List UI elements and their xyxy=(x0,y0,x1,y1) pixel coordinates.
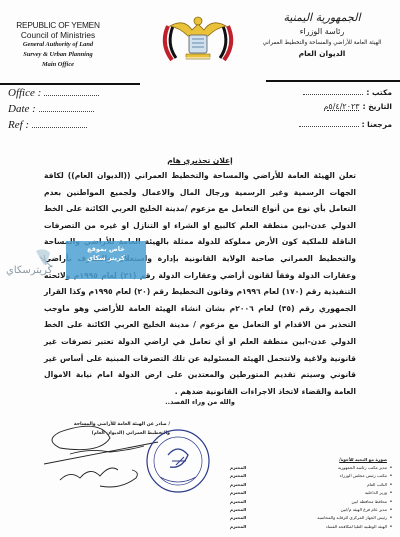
bullet-icon: • xyxy=(387,472,395,480)
watermark-line-2: كريتر سكاي xyxy=(66,254,146,263)
header-arabic-authority: الهيئة العامة للأراضي والمساحة والتخطيط … xyxy=(252,38,392,48)
header-arabic-council: رئاسة الوزراء xyxy=(252,26,392,38)
ref-label-arabic: مرجعنا : xyxy=(362,120,392,129)
header-country: REPUBLIC OF YEMEN xyxy=(8,20,108,30)
announcement-title: إعلان تحذيري هام xyxy=(0,148,400,167)
distribution-item: •رئيس الجهاز المركزي للرقابة والمحاسبةال… xyxy=(230,514,395,522)
office-blank-arabic xyxy=(303,86,363,95)
office-label-arabic: مكتب : xyxy=(366,88,392,97)
distribution-item: •النائب العامالمحترم xyxy=(230,481,395,489)
header-office: Main Office xyxy=(8,60,108,70)
office-blank xyxy=(44,87,99,96)
yemen-eagle-emblem-icon xyxy=(158,6,238,68)
header-rule-left xyxy=(0,83,140,85)
header-council: Council of Ministries xyxy=(8,30,108,40)
official-seal-stamp-icon xyxy=(140,425,210,497)
bullet-icon: • xyxy=(387,523,395,531)
ref-field: Ref : xyxy=(8,119,138,135)
date-field-arabic: التاريخ : ٥/٤/٢٠٢٣م xyxy=(262,102,392,118)
reference-fields-arabic: مكتب : التاريخ : ٥/٤/٢٠٢٣م مرجعنا : xyxy=(262,86,392,134)
header-authority: General Authority of Land xyxy=(8,40,108,50)
bullet-icon: • xyxy=(387,464,395,472)
date-label: Date : xyxy=(8,103,36,115)
closing-phrase: والله من وراء القصد.. xyxy=(0,398,400,406)
distribution-item: •وزير الداخليةالمحترم xyxy=(230,489,395,497)
ref-label: Ref : xyxy=(8,119,29,131)
office-field-arabic: مكتب : xyxy=(262,86,392,102)
watermark-text: خاص بموقع كريتر سكاي xyxy=(66,245,146,263)
distribution-item: •مدير مكتب رئاسة الجمهوريةالمحترم xyxy=(230,464,395,472)
ref-field-arabic: مرجعنا : xyxy=(262,118,392,134)
ref-blank xyxy=(32,119,87,128)
bullet-icon: • xyxy=(387,506,395,514)
distribution-list: صورة مع التحية للأخوة/ •مدير مكتب رئاسة … xyxy=(230,456,395,531)
bullet-icon: • xyxy=(387,514,395,522)
announcement-paragraph: تعلن الهيئة العامة للأراضي والمساحة والت… xyxy=(44,168,356,400)
watermark-logo-text: كريترسكاي xyxy=(6,265,52,276)
header-rule-right xyxy=(266,80,400,82)
distribution-title: صورة مع التحية للأخوة/ xyxy=(230,456,387,464)
date-value-arabic: ٥/٤/٢٠٢٣م xyxy=(323,102,359,111)
header-arabic: الجمهورية اليمنية رئاسة الوزراء الهيئة ا… xyxy=(252,10,392,60)
bullet-icon: • xyxy=(387,498,395,506)
document-page: REPUBLIC OF YEMEN Council of Ministries … xyxy=(0,0,400,537)
bullet-icon: • xyxy=(387,489,395,497)
header-arabic-office: الديوان العام xyxy=(252,48,392,60)
distribution-item: •مدير عام فرع الهيئة م/ابينالمحترم xyxy=(230,506,395,514)
header-authority-2: Survey & Urban Planning xyxy=(8,50,108,60)
bullet-icon: • xyxy=(387,481,395,489)
header-arabic-country: الجمهورية اليمنية xyxy=(252,10,392,26)
ref-blank-arabic xyxy=(299,118,359,127)
distribution-item: •مكتب رئيس مجلس الوزراءالمحترم xyxy=(230,472,395,480)
distribution-item: •محافظ محافظة ابينالمحترم xyxy=(230,498,395,506)
distribution-item: •الهيئة الوطنية العليا لمكافحة الفسادالم… xyxy=(230,523,395,531)
date-field: Date : xyxy=(8,103,138,119)
announcement-body: تعلن الهيئة العامة للأراضي والمساحة والت… xyxy=(44,168,356,400)
watermark-line-1: خاص بموقع xyxy=(66,245,146,254)
header-english: REPUBLIC OF YEMEN Council of Ministries … xyxy=(8,20,108,70)
date-label-arabic: التاريخ : xyxy=(363,102,392,111)
office-label: Office : xyxy=(8,87,41,99)
date-blank xyxy=(39,103,94,112)
reference-fields-english: Office : Date : Ref : xyxy=(8,87,138,135)
office-field: Office : xyxy=(8,87,138,103)
announcement-title-text: إعلان تحذيري هام xyxy=(167,156,232,165)
